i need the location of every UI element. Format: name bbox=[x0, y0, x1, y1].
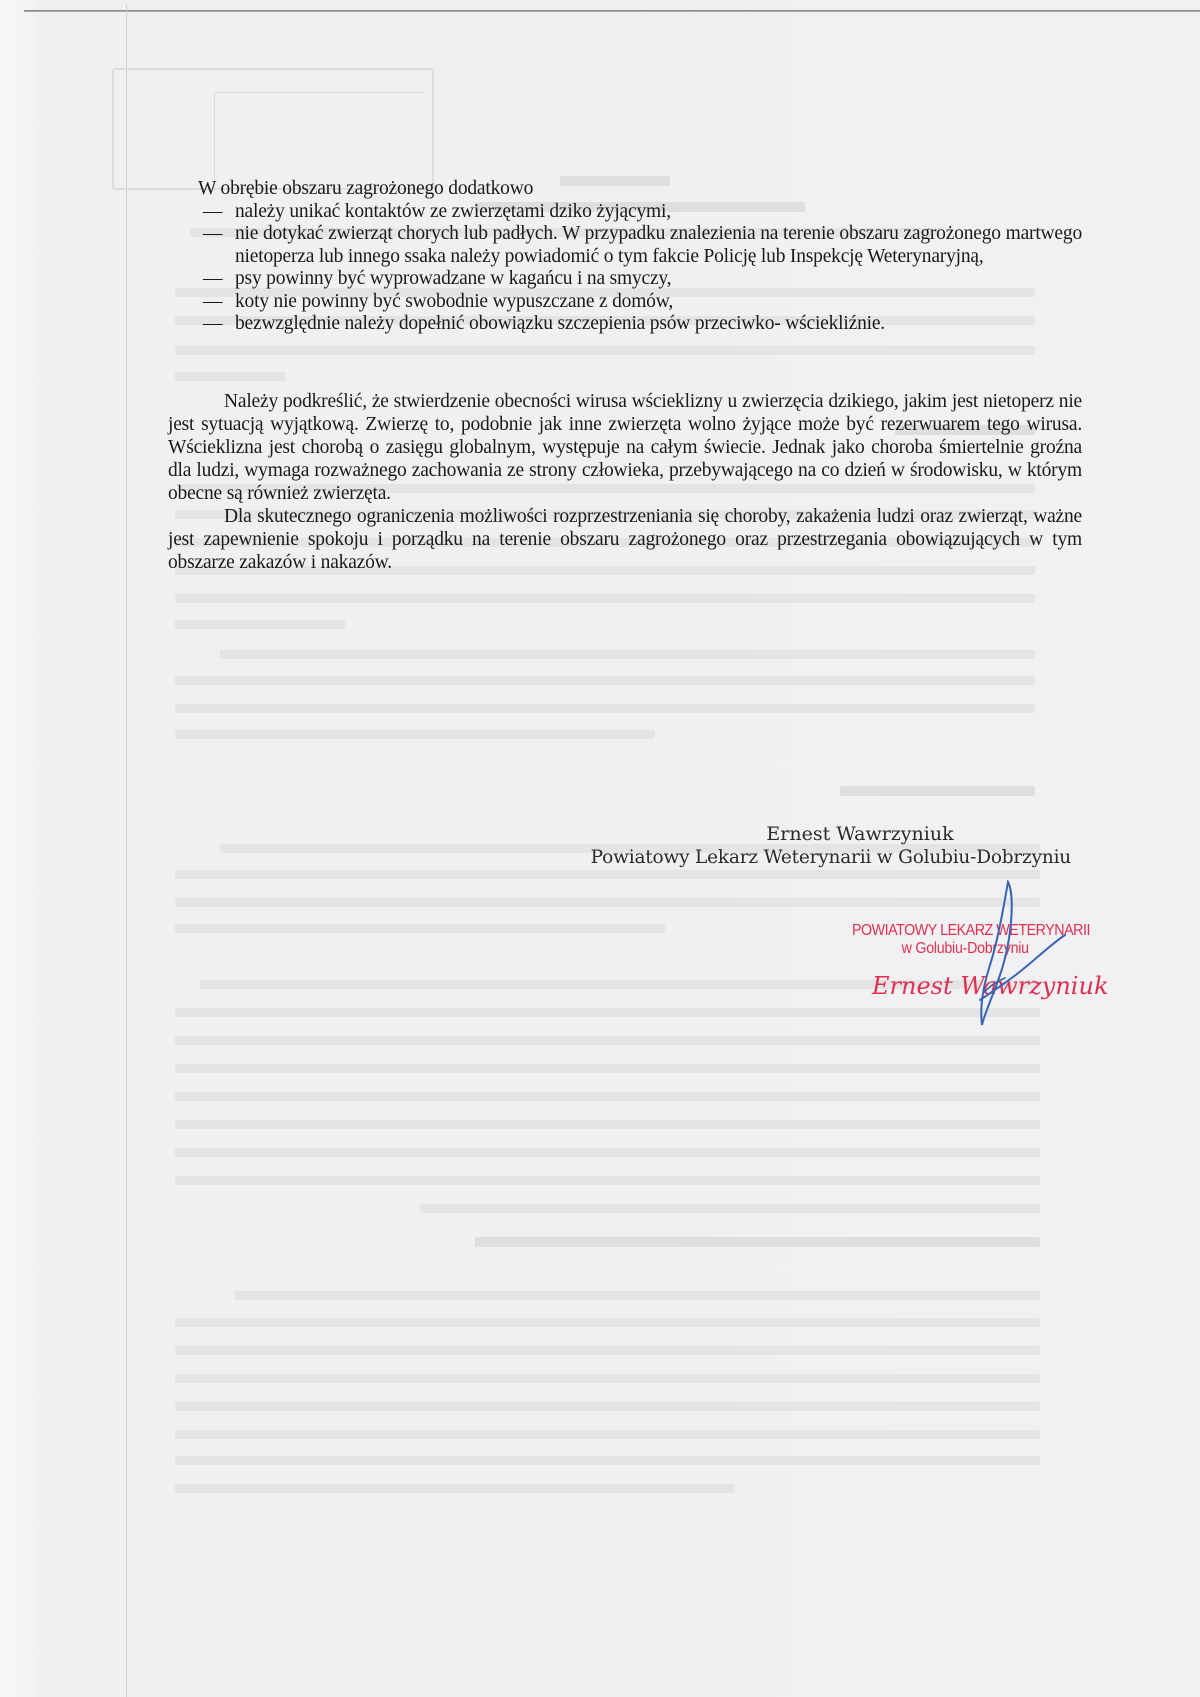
dash-bullet-icon: — bbox=[203, 268, 222, 291]
faint-registry-stamp bbox=[112, 68, 434, 190]
restriction-text: bezwzględnie należy dopełnić obowiązku s… bbox=[235, 313, 885, 334]
ghost-line bbox=[420, 1204, 1040, 1213]
restriction-text: należy unikać kontaktów ze zwierzętami d… bbox=[235, 201, 671, 222]
restriction-item: — bezwzględnie należy dopełnić obowiązku… bbox=[203, 313, 1082, 336]
ghost-line bbox=[220, 650, 1035, 659]
restriction-item: — należy unikać kontaktów ze zwierzętami… bbox=[203, 201, 1082, 224]
ghost-line bbox=[840, 786, 1035, 796]
ghost-line bbox=[175, 704, 1035, 713]
page-top-edge bbox=[24, 10, 1200, 12]
ghost-line bbox=[175, 1008, 1040, 1017]
ghost-line bbox=[175, 870, 1040, 879]
ghost-line bbox=[175, 1402, 1040, 1411]
ghost-line bbox=[175, 1456, 1040, 1465]
dash-bullet-icon: — bbox=[203, 223, 222, 246]
ghost-line bbox=[175, 620, 345, 629]
dash-bullet-icon: — bbox=[203, 313, 222, 336]
ghost-line bbox=[175, 1374, 1040, 1383]
restriction-text: psy powinny być wyprowadzane w kagańcu i… bbox=[235, 268, 671, 289]
restriction-text: nie dotykać zwierząt chorych lub padłych… bbox=[235, 223, 1082, 267]
dash-bullet-icon: — bbox=[203, 291, 222, 314]
ghost-line bbox=[175, 1120, 1040, 1129]
ghost-line bbox=[175, 594, 1035, 603]
ghost-line bbox=[175, 1148, 1040, 1157]
signature-block: Ernest Wawrzyniuk Powiatowy Lekarz Weter… bbox=[575, 822, 1095, 870]
paragraph-rabies-context: Należy podkreślić, że stwierdzenie obecn… bbox=[168, 390, 1082, 505]
ghost-line bbox=[175, 730, 655, 739]
ghost-line bbox=[175, 1036, 1040, 1045]
ghost-line bbox=[175, 676, 1035, 685]
ghost-line bbox=[175, 1176, 1040, 1185]
binding-margin-line bbox=[126, 4, 127, 1697]
restriction-item: — nie dotykać zwierząt chorych lub padły… bbox=[203, 223, 1082, 268]
ghost-line bbox=[235, 1291, 1040, 1300]
document-page: W obrębie obszaru zagrożonego dodatkowo … bbox=[0, 0, 1200, 1697]
handwritten-signature-icon bbox=[960, 880, 1080, 1030]
paragraph-containment: Dla skutecznego ograniczenia możliwości … bbox=[168, 505, 1082, 574]
restrictions-intro: W obrębie obszaru zagrożonego dodatkowo bbox=[168, 178, 1082, 201]
ghost-line bbox=[175, 898, 1040, 907]
ghost-line bbox=[175, 1064, 1040, 1073]
restriction-item: — koty nie powinny być swobodnie wypuszc… bbox=[203, 291, 1082, 314]
restriction-item: — psy powinny być wyprowadzane w kagańcu… bbox=[203, 268, 1082, 291]
ghost-line bbox=[175, 1092, 1040, 1101]
ghost-line bbox=[175, 924, 665, 933]
restrictions-list: — należy unikać kontaktów ze zwierzętami… bbox=[168, 201, 1082, 336]
restriction-text: koty nie powinny być swobodnie wypuszcza… bbox=[235, 291, 673, 312]
ghost-line bbox=[175, 1346, 1040, 1355]
signatory-title: Powiatowy Lekarz Weterynarii w Golubiu-D… bbox=[575, 846, 1095, 870]
ghost-line bbox=[175, 1430, 1040, 1439]
signatory-name: Ernest Wawrzyniuk bbox=[575, 822, 1095, 846]
ghost-line bbox=[175, 1484, 735, 1493]
letter-body: W obrębie obszaru zagrożonego dodatkowo … bbox=[168, 178, 1082, 574]
ghost-line bbox=[175, 1318, 1040, 1327]
dash-bullet-icon: — bbox=[203, 201, 222, 224]
ghost-line bbox=[475, 1237, 1040, 1247]
